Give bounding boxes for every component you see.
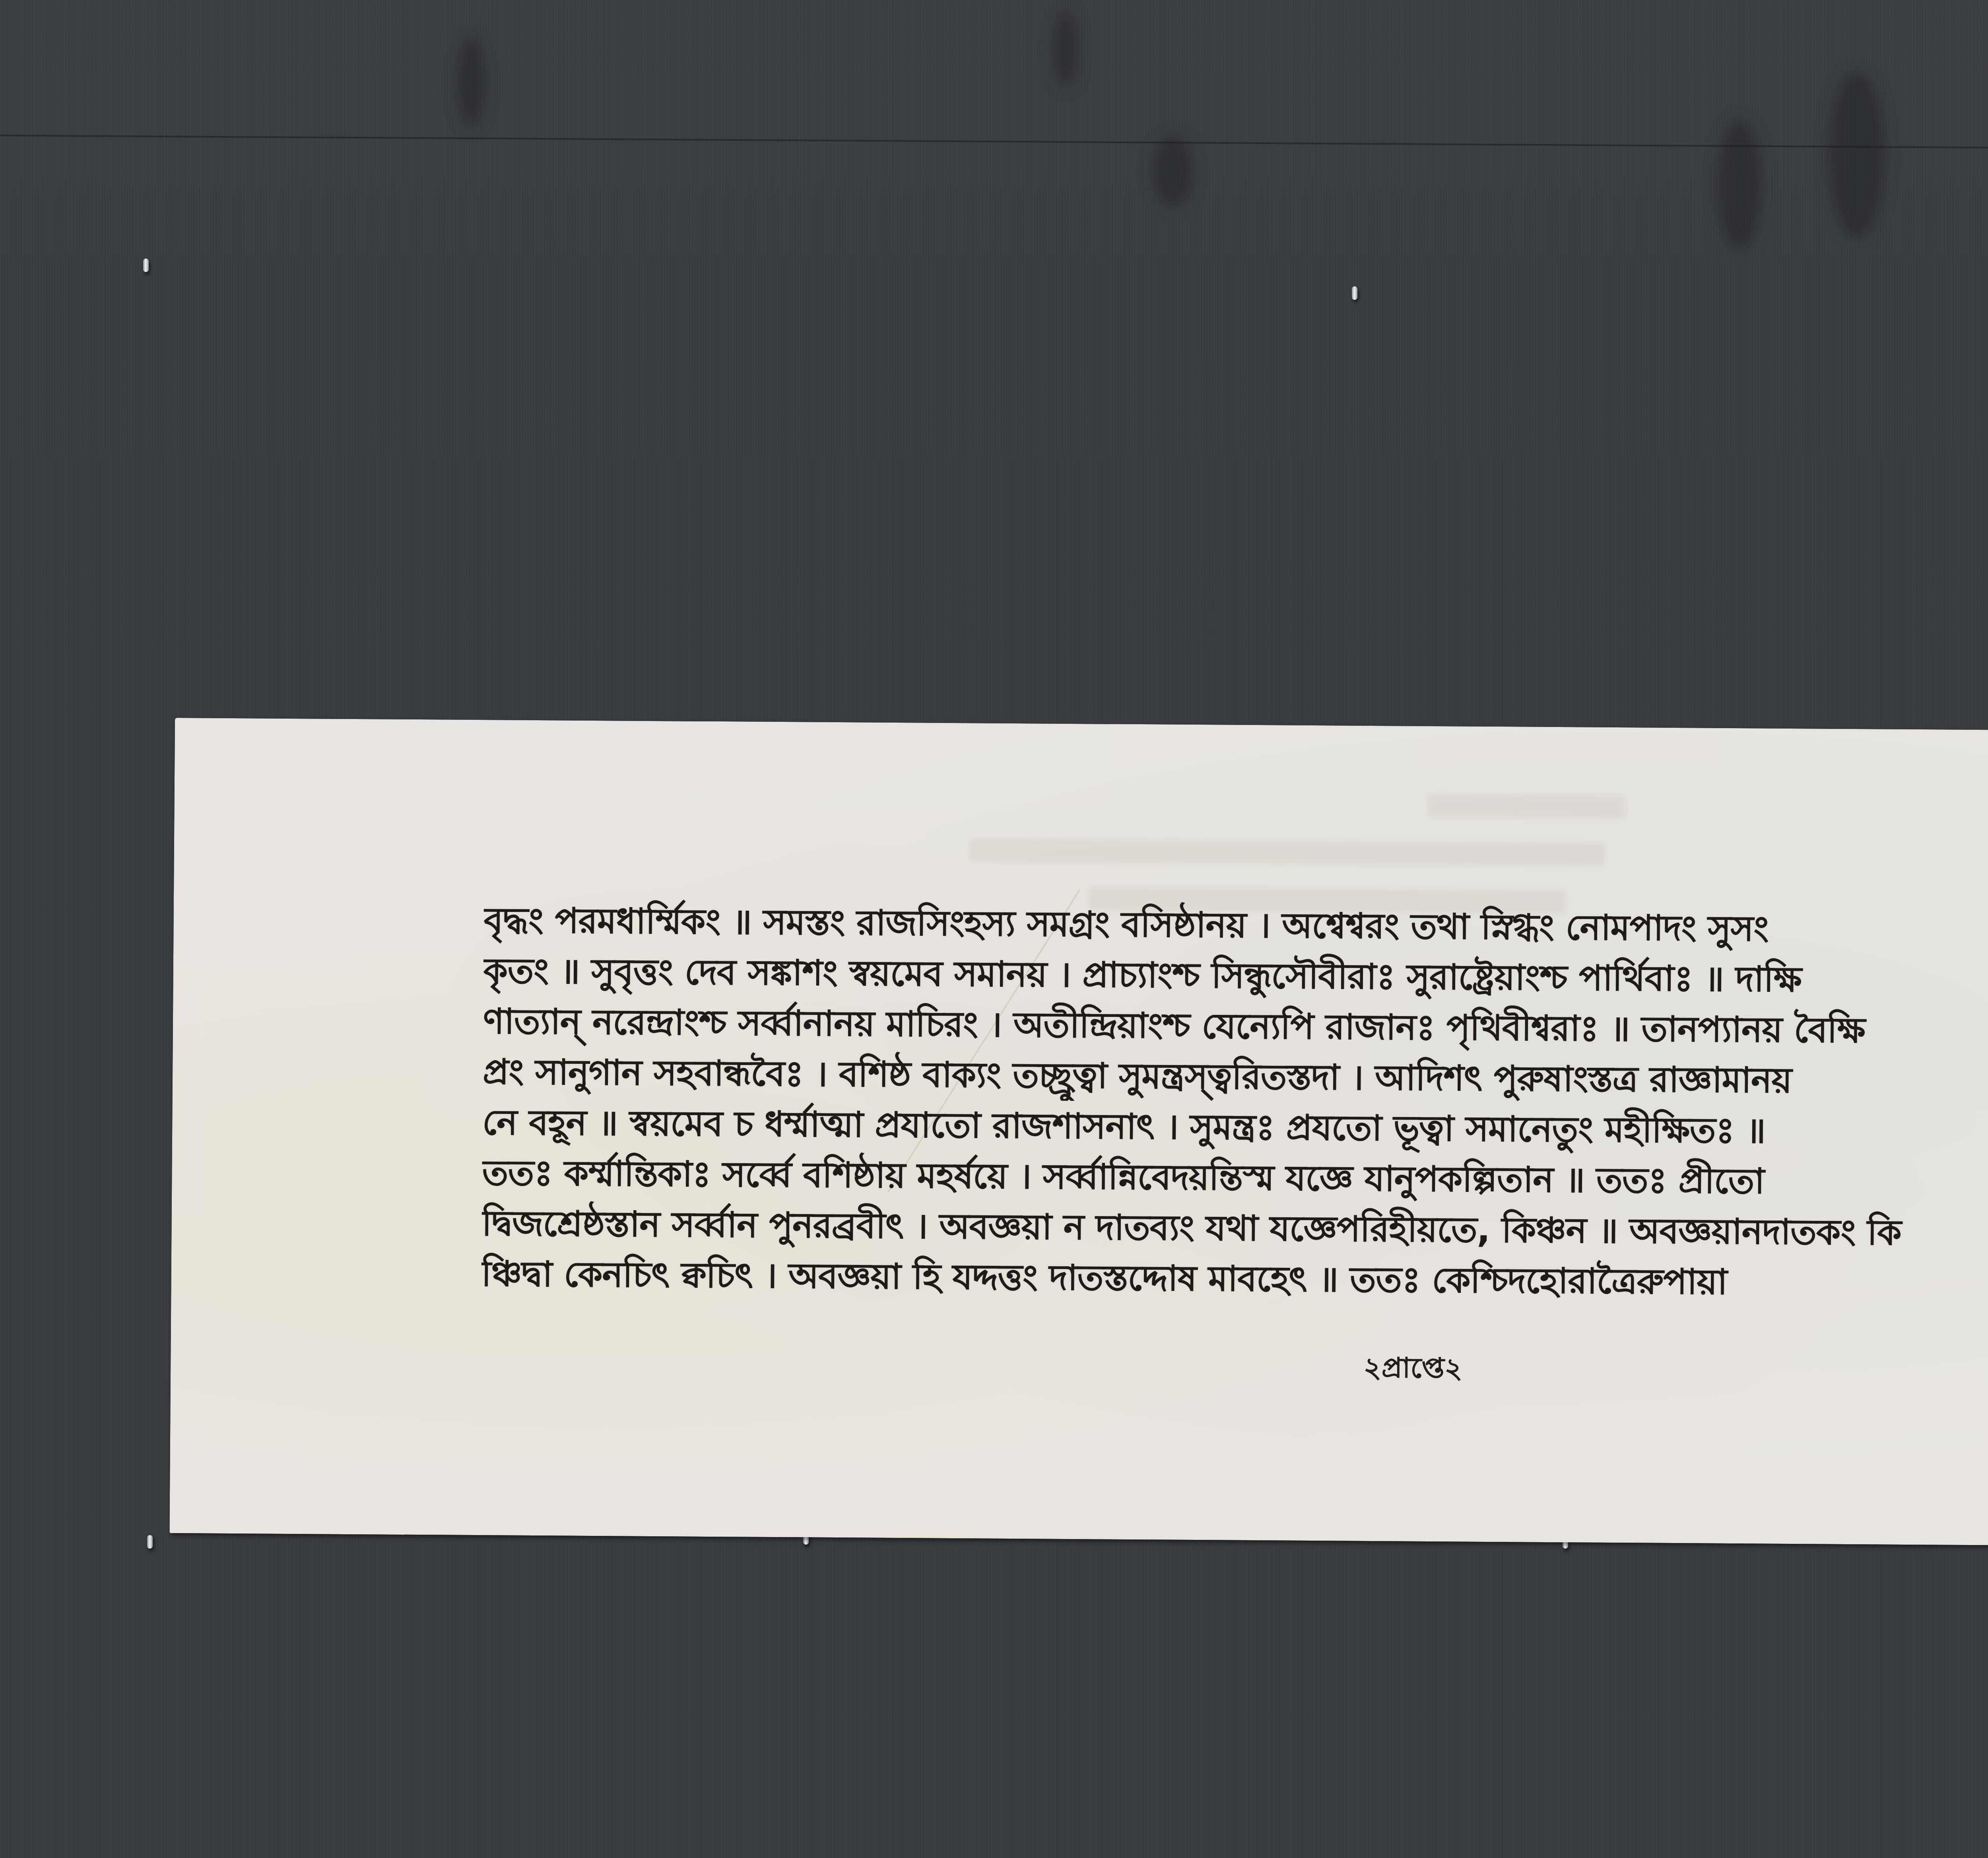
bleed-through-text bbox=[969, 838, 1606, 867]
board-stain bbox=[1153, 135, 1193, 207]
manuscript-leaf: বৃদ্ধং পরমধার্ম্মিকং ॥ সমস্তং রাজসিংহস্য… bbox=[169, 718, 1988, 1547]
manuscript-text-block: বৃদ্ধং পরমধার্ম্মিকং ॥ সমস্তং রাজসিংহস্য… bbox=[481, 895, 1988, 1309]
catchword-note: ২প্রাপ্তে২ bbox=[1363, 1346, 1463, 1393]
mounting-pin bbox=[1352, 286, 1357, 300]
mounting-pin bbox=[147, 1535, 153, 1549]
board-stain bbox=[1054, 8, 1077, 87]
board-seam bbox=[0, 135, 1988, 177]
mounting-pin bbox=[143, 258, 149, 272]
board-stain bbox=[1718, 119, 1761, 251]
board-stain bbox=[1829, 72, 1885, 239]
bleed-through-text bbox=[1427, 794, 1625, 819]
manuscript-line-8: ঞ্চিদ্বা কেনচিৎ ক্বচিৎ । অবজ্ঞয়া হি যদ্… bbox=[481, 1248, 1988, 1309]
board-stain bbox=[457, 36, 485, 127]
